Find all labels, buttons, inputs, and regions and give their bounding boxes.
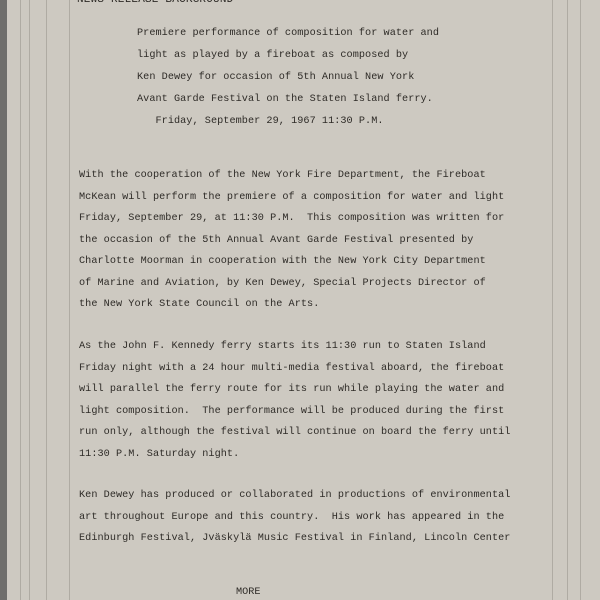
intro-line: light as played by a fireboat as compose…: [137, 50, 408, 61]
paragraph-line: light composition. The performance will …: [79, 406, 504, 417]
paragraph-line: Friday night with a 24 hour multi-media …: [79, 363, 504, 374]
paragraph-line: run only, although the festival will con…: [79, 427, 510, 438]
intro-date-line: Friday, September 29, 1967 11:30 P.M.: [137, 116, 384, 127]
paragraph-line: 11:30 P.M. Saturday night.: [79, 449, 239, 460]
paragraph-line: As the John F. Kennedy ferry starts its …: [79, 341, 486, 352]
paragraph-line: McKean will perform the premiere of a co…: [79, 192, 504, 203]
paragraph-line: the New York State Council on the Arts.: [79, 299, 319, 310]
more-footer: MORE: [236, 587, 260, 598]
paragraph-line: the occasion of the 5th Annual Avant Gar…: [79, 235, 473, 246]
paragraph-line: Edinburgh Festival, Jväskylä Music Festi…: [79, 533, 510, 544]
paragraph-line: art throughout Europe and this country. …: [79, 512, 504, 523]
document-header: NEWS RELEASE BACKGROUND: [77, 0, 233, 6]
intro-line: Ken Dewey for occasion of 5th Annual New…: [137, 72, 414, 83]
paragraph-line: Charlotte Moorman in cooperation with th…: [79, 256, 486, 267]
paragraph-line: will parallel the ferry route for its ru…: [79, 384, 504, 395]
paragraph-line: of Marine and Aviation, by Ken Dewey, Sp…: [79, 278, 486, 289]
scan-edge: [0, 0, 7, 600]
paragraph-line: Friday, September 29, at 11:30 P.M. This…: [79, 213, 504, 224]
paragraph-line: Ken Dewey has produced or collaborated i…: [79, 490, 510, 501]
paragraph-line: With the cooperation of the New York Fir…: [79, 170, 486, 181]
intro-line: Avant Garde Festival on the Staten Islan…: [137, 94, 433, 105]
intro-line: Premiere performance of composition for …: [137, 28, 439, 39]
